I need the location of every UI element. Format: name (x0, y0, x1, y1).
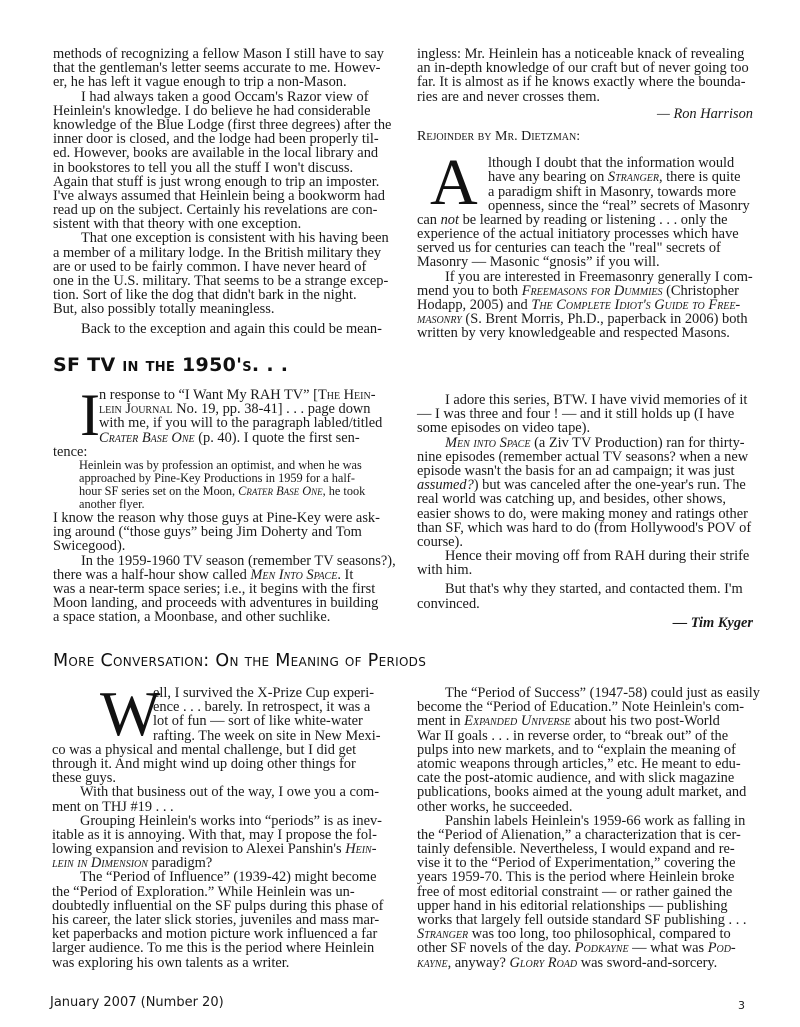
text-line: In the 1959-1960 TV season (remember TV … (53, 554, 398, 568)
text-line: the “Period of Alienation,” a characteri… (417, 828, 753, 842)
text-line: through it. And might wind up doing othe… (52, 757, 397, 771)
text-line: kayne, anyway? Glory Road was sword-and-… (417, 956, 753, 970)
text-line: ence . . . barely. In retrospect, it was… (153, 700, 397, 714)
text-line: there was a half-hour show called Men In… (53, 568, 398, 582)
text-line: Back to the exception and again this cou… (53, 322, 398, 336)
dropcap-letter-i: I (80, 385, 100, 445)
text-line: masonry (S. Brent Morris, Ph.D., paperba… (417, 312, 753, 326)
text-line: that the gentleman's letter seems accura… (53, 61, 398, 75)
text-line: ell, I survived the X-Prize Cup experi- (153, 686, 397, 700)
text-line: Men into Space (a Ziv TV Production) ran… (417, 436, 753, 450)
text-line: doubtedly influential on the SF pulps du… (52, 899, 397, 913)
text-line: than SF, which was hard to do (from Holl… (417, 521, 753, 535)
section-heading-sf-tv: SF TV in the 1950's. . . (53, 354, 288, 376)
text-line: ries are and never crosses them. (417, 90, 753, 104)
dropcap-letter-a: A (430, 150, 478, 216)
text-line: Again that stuff is just wrong enough to… (53, 175, 398, 189)
text-line: But that's why they started, and contact… (417, 582, 753, 596)
text-line: er, he has left it vague enough to trip … (53, 75, 398, 89)
text-line: ment on THJ #19 . . . (52, 800, 397, 814)
quote-line: another flyer. (79, 498, 398, 511)
text-line: read up on the subject. Certainly his re… (53, 203, 398, 217)
rejoinder-heading: Rejoinder by Mr. Dietzman: (417, 130, 753, 144)
text-line: War II goals . . . in reverse order, to … (417, 729, 753, 743)
periods-left-column: W ell, I survived the X-Prize Cup experi… (52, 686, 397, 970)
text-line: cate the post-atomic audience, and with … (417, 771, 753, 785)
page-number: 3 (738, 999, 745, 1012)
signature-ron-harrison: — Ron Harrison (417, 107, 753, 121)
text-line: a member of a military lodge. In the Bri… (53, 246, 398, 260)
text-line: If you are interested in Freemasonry gen… (417, 270, 753, 284)
text-line: lein Journal No. 19, pp. 38-41] . . . pa… (99, 402, 398, 416)
text-line: tion. Sort of like the dog that didn't b… (53, 288, 398, 302)
periods-right-column: The “Period of Success” (1947-58) could … (417, 686, 753, 970)
sf-tv-left-column: I n response to “I Want My RAH TV” [The … (53, 388, 398, 624)
dropcap-paragraph: A lthough I doubt that the information w… (417, 156, 753, 213)
text-line: assumed?) but was canceled after the one… (417, 478, 753, 492)
text-line: larger audience. To me this is the perio… (52, 941, 397, 955)
text-line: atomic weapons through articles,” etc. H… (417, 757, 753, 771)
book-title: Expanded Universe (464, 713, 570, 729)
text-line: Masonry — Masonic “gnosis” if you will. (417, 255, 753, 269)
text-line: lowing expansion and revision to Alexei … (52, 842, 397, 856)
text-line: was exploring his own talents as a write… (52, 956, 397, 970)
text-line: other works, he succeeded. (417, 800, 753, 814)
quote-line: Heinlein was by profession an optimist, … (79, 459, 398, 472)
text-line: written by very knowledgeable and respec… (417, 326, 753, 340)
text-line: That one exception is consistent with hi… (53, 231, 398, 245)
text-line: course). (417, 535, 753, 549)
text-line: I've always assumed that Heinlein being … (53, 189, 398, 203)
text-line: the “Period of Exploration.” While Heinl… (52, 885, 397, 899)
text-line: ing around (“those guys” being Jim Doher… (53, 525, 398, 539)
text-line: ingless: Mr. Heinlein has a noticeable k… (417, 47, 753, 61)
text-line: But, also possibly totally meaningless. (53, 302, 398, 316)
text-line: The “Period of Influence” (1939-42) migh… (52, 870, 397, 884)
text-line: Moon landing, and proceeds with adventur… (53, 596, 398, 610)
top-left-column: methods of recognizing a fellow Mason I … (53, 47, 398, 336)
text-line: in bookstores to tell you all the stuff … (53, 161, 398, 175)
text-line: free of most editorial constraint — or r… (417, 885, 753, 899)
text-line: I adore this series, BTW. I have vivid m… (417, 393, 753, 407)
book-title: Glory Road (510, 955, 578, 971)
text-line: an in-depth knowledge of our craft but o… (417, 61, 753, 75)
top-right-column: ingless: Mr. Heinlein has a noticeable k… (417, 47, 753, 341)
text-line: are or used to be fairly common. I have … (53, 260, 398, 274)
book-title: Stranger (608, 169, 659, 185)
text-line: With that business out of the way, I owe… (52, 785, 397, 799)
text-line: lot of fun — sort of like white-water (153, 714, 397, 728)
text-line: The “Period of Success” (1947-58) could … (417, 686, 753, 700)
text-line: mend you to both Freemasons for Dummies … (417, 284, 753, 298)
text-line: Stranger was too long, too philosophical… (417, 927, 753, 941)
text-line: vise it to the “Period of Experimentatio… (417, 856, 753, 870)
text-line: a paradigm shift in Masonry, towards mor… (488, 185, 753, 199)
text-line: nine episodes (remember actual TV season… (417, 450, 753, 464)
text-line: Hence their moving off from RAH during t… (417, 549, 753, 563)
text-line: tainly defensible. Nevertheless, I would… (417, 842, 753, 856)
text-line: have any bearing on Stranger, there is q… (488, 170, 753, 184)
section-heading-meaning-of-periods: More Conversation: On the Meaning of Per… (53, 651, 426, 671)
text-line: Swicegood). (53, 539, 398, 553)
text-line: ed. However, books are available in the … (53, 146, 398, 160)
block-quote: Heinlein was by profession an optimist, … (53, 459, 398, 511)
text-line: I know the reason why those guys at Pine… (53, 511, 398, 525)
text-line: easier shows to do, were making money an… (417, 507, 753, 521)
text-line: other SF novels of the day. Podkayne — w… (417, 941, 753, 955)
text-line: works that largely fell outside standard… (417, 913, 753, 927)
text-line: pulps into new markets, and to “explain … (417, 743, 753, 757)
text-line: Panshin labels Heinlein's 1959-66 work a… (417, 814, 753, 828)
book-title: Hein- (345, 841, 376, 857)
text-line: some episodes on video tape). (417, 421, 753, 435)
text-line: rafting. The week on site in New Mexi- (153, 729, 397, 743)
text-line: with me, if you will to the paragraph la… (99, 416, 398, 430)
text-line: upper hand in his editorial relationship… (417, 899, 753, 913)
text-line: become the “Period of Education.” Note H… (417, 700, 753, 714)
text-line: far. It is almost as if he knows exactly… (417, 75, 753, 89)
text-line: publications, books aimed at the young a… (417, 785, 753, 799)
text-line: convinced. (417, 597, 753, 611)
signature-tim-kyger: — Tim Kyger (417, 616, 753, 630)
show-title: Crater Base One (99, 430, 195, 446)
quote-line: hour SF series set on the Moon, Crater B… (79, 485, 398, 498)
text-line: these guys. (52, 771, 397, 785)
text-line: lein in Dimension paradigm? (52, 856, 397, 870)
text-line: I had always taken a good Occam's Razor … (53, 90, 398, 104)
text-line: served us for centuries can teach the "r… (417, 241, 753, 255)
text-line: ment in Expanded Universe about his two … (417, 714, 753, 728)
dropcap-letter-w: W (100, 682, 160, 746)
text-line: Hodapp, 2005) and The Complete Idiot's G… (417, 298, 753, 312)
text-line: tence: (53, 445, 398, 459)
dropcap-paragraph: I n response to “I Want My RAH TV” [The … (53, 388, 398, 445)
text-line: knowledge of the Blue Lodge (first three… (53, 118, 398, 132)
text-line: Heinlein's knowledge. I do believe he ha… (53, 104, 398, 118)
text-line: methods of recognizing a fellow Mason I … (53, 47, 398, 61)
dropcap-paragraph: W ell, I survived the X-Prize Cup experi… (52, 686, 397, 743)
text-line: openness, since the “real” secrets of Ma… (488, 199, 753, 213)
book-title: kayne (417, 955, 448, 971)
text-line: lthough I doubt that the information wou… (488, 156, 753, 170)
text-line: his career, the later slick stories, juv… (52, 913, 397, 927)
text-line: years 1959-70. This is the period where … (417, 870, 753, 884)
text-line: Grouping Heinlein's works into “periods”… (52, 814, 397, 828)
text-line: n response to “I Want My RAH TV” [The He… (99, 388, 398, 402)
text-line: with him. (417, 563, 753, 577)
sf-tv-right-column: I adore this series, BTW. I have vivid m… (417, 393, 753, 630)
text-line: a space station, a Moonbase, and other s… (53, 610, 398, 624)
text-line: Crater Base One (p. 40). I quote the fir… (99, 431, 398, 445)
text-line: experience of the actual initiatory proc… (417, 227, 753, 241)
text-line: ket paperbacks and motion picture work i… (52, 927, 397, 941)
text-line: one in the U.S. military. That seems to … (53, 274, 398, 288)
footer-issue-date: January 2007 (Number 20) (50, 995, 224, 1010)
text-line: — I was three and four ! — and it still … (417, 407, 753, 421)
text-line: real world was catching up, and besides,… (417, 492, 753, 506)
text-line: episode wasn't the basis for an ad campa… (417, 464, 753, 478)
text-line: sistent with that theory with one except… (53, 217, 398, 231)
text-line: was a near-term space series; i.e., it b… (53, 582, 398, 596)
text-line: inner door is closed, and the lodge had … (53, 132, 398, 146)
text-line: itable as it is annoying. With that, may… (52, 828, 397, 842)
